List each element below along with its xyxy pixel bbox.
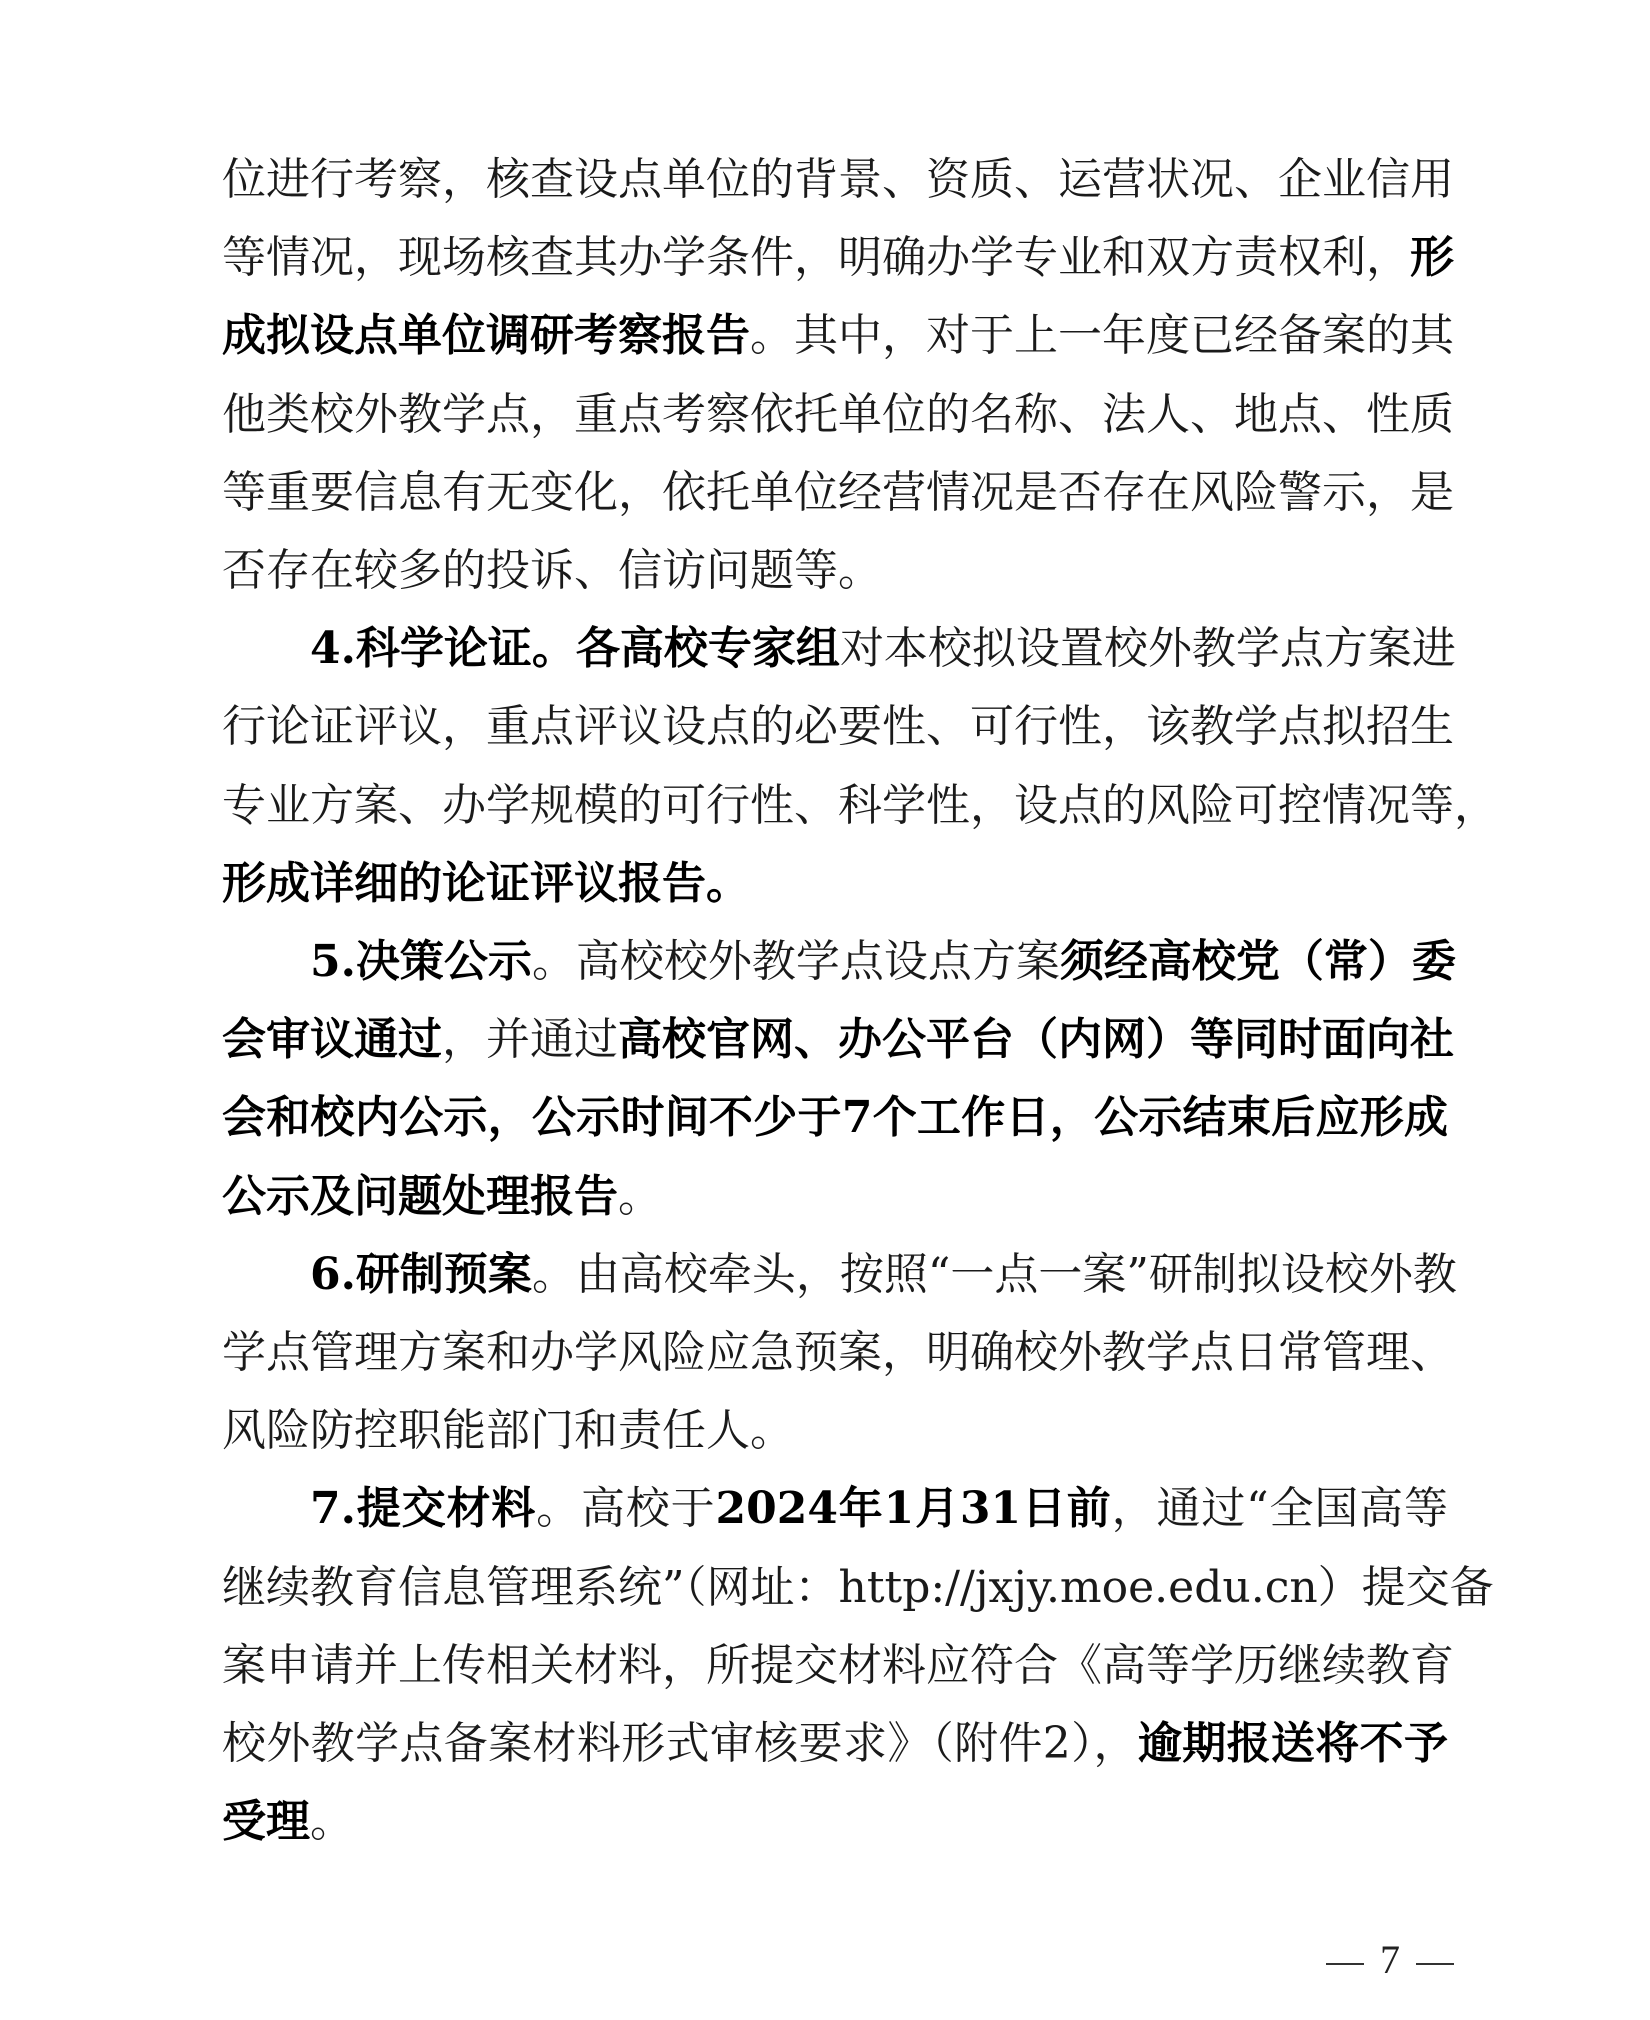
text-segment: 否存在较多的投诉、信访问题等。 [222, 545, 882, 596]
text-line: 成拟设点单位调研考察报告。其中，对于上一年度已经备案的其 [222, 306, 1448, 366]
text-segment: 等情况，现场核查其办学条件，明确办学专业和双方责权利， [222, 232, 1410, 283]
bold-text-segment: 7.提交材料 [310, 1483, 536, 1534]
text-line: 等重要信息有无变化，依托单位经营情况是否存在风险警示，是 [222, 463, 1448, 523]
bold-text-segment: 4.科学论证。各高校专家组 [310, 623, 840, 674]
text-segment: 。由高校牵头，按照“一点一案”研制拟设校外教 [532, 1249, 1457, 1300]
text-line: 学点管理方案和办学风险应急预案，明确校外教学点日常管理、 [222, 1323, 1448, 1383]
text-segment: 风险防控职能部门和责任人。 [222, 1405, 794, 1456]
text-line: 校外教学点备案材料形式审核要求》（附件2），逾期报送将不予 [222, 1714, 1448, 1774]
text-segment: 。 [618, 1171, 662, 1222]
bold-text-segment: 5.决策公示 [310, 936, 532, 987]
text-segment: ，并通过 [442, 1014, 618, 1065]
bold-text-segment: 逾期报送将不予 [1138, 1718, 1448, 1769]
text-line: 6.研制预案。由高校牵头，按照“一点一案”研制拟设校外教 [310, 1245, 1448, 1305]
bold-text-segment: 会审议通过 [222, 1014, 442, 1065]
text-line: 5.决策公示。高校校外教学点设点方案须经高校党（常）委 [310, 932, 1448, 992]
text-segment: 。高校校外教学点设点方案 [532, 936, 1060, 987]
text-segment: 。高校于 [536, 1483, 715, 1534]
text-segment: 校外教学点备案材料形式审核要求》（附件2）， [222, 1718, 1138, 1769]
text-line: 4.科学论证。各高校专家组对本校拟设置校外教学点方案进 [310, 619, 1448, 679]
text-segment: 他类校外教学点，重点考察依托单位的名称、法人、地点、性质 [222, 389, 1454, 440]
text-line: 等情况，现场核查其办学条件，明确办学专业和双方责权利，形 [222, 228, 1448, 288]
text-segment: 学点管理方案和办学风险应急预案，明确校外教学点日常管理、 [222, 1327, 1454, 1378]
page-number: 7 [1380, 1937, 1400, 1982]
text-line: 位进行考察，核查设点单位的背景、资质、运营状况、企业信用 [222, 150, 1448, 210]
bold-text-segment: 高校官网、办公平台（内网）等同时面向社 [618, 1014, 1454, 1065]
footer-dash-right [1416, 1963, 1454, 1965]
bold-text-segment: 会和校内公示，公示时间不少于7个工作日，公示结束后应形成 [222, 1092, 1448, 1143]
text-segment: ，通过“全国高等 [1112, 1483, 1448, 1534]
bold-text-segment: 受理 [222, 1796, 310, 1847]
bold-text-segment: 成拟设点单位调研考察报告 [222, 310, 750, 361]
text-line: 否存在较多的投诉、信访问题等。 [222, 541, 1448, 601]
text-segment: 位进行考察，核查设点单位的背景、资质、运营状况、企业信用 [222, 154, 1454, 205]
text-line: 案申请并上传相关材料，所提交材料应符合《高等学历继续教育 [222, 1636, 1448, 1696]
text-segment: 专业方案、办学规模的可行性、科学性，设点的风险可控情况等， [222, 780, 1498, 831]
bold-text-segment: 形成详细的论证评议报告。 [222, 858, 750, 909]
text-segment: 继续教育信息管理系统”（网址：http://jxjy.moe.edu.cn）提交… [222, 1562, 1494, 1613]
text-line: 公示及问题处理报告。 [222, 1167, 1448, 1227]
bold-text-segment: 须经高校党（常）委 [1060, 936, 1456, 987]
text-segment: 。其中，对于上一年度已经备案的其 [750, 310, 1454, 361]
text-line: 受理。 [222, 1792, 1448, 1852]
text-line: 他类校外教学点，重点考察依托单位的名称、法人、地点、性质 [222, 385, 1448, 445]
bold-text-segment: 6.研制预案 [310, 1249, 532, 1300]
text-segment: 对本校拟设置校外教学点方案进 [840, 623, 1456, 674]
text-line: 风险防控职能部门和责任人。 [222, 1401, 1448, 1461]
text-line: 形成详细的论证评议报告。 [222, 854, 1448, 914]
text-line: 会和校内公示，公示时间不少于7个工作日，公示结束后应形成 [222, 1088, 1448, 1148]
text-line: 继续教育信息管理系统”（网址：http://jxjy.moe.edu.cn）提交… [222, 1558, 1448, 1618]
footer-dash-left [1326, 1963, 1364, 1965]
bold-text-segment: 形 [1410, 232, 1454, 283]
bold-text-segment: 2024年1月31日前 [715, 1483, 1111, 1534]
text-line: 专业方案、办学规模的可行性、科学性，设点的风险可控情况等， [222, 776, 1448, 836]
text-segment: 。 [310, 1796, 354, 1847]
text-segment: 案申请并上传相关材料，所提交材料应符合《高等学历继续教育 [222, 1640, 1454, 1691]
text-segment: 行论证评议，重点评议设点的必要性、可行性，该教学点拟招生 [222, 701, 1454, 752]
text-line: 行论证评议，重点评议设点的必要性、可行性，该教学点拟招生 [222, 697, 1448, 757]
text-line: 7.提交材料。高校于2024年1月31日前，通过“全国高等 [310, 1479, 1448, 1539]
text-line: 会审议通过，并通过高校官网、办公平台（内网）等同时面向社 [222, 1010, 1448, 1070]
page-footer: 7 [1310, 1935, 1470, 1985]
bold-text-segment: 公示及问题处理报告 [222, 1171, 618, 1222]
text-segment: 等重要信息有无变化，依托单位经营情况是否存在风险警示，是 [222, 467, 1454, 518]
document-page: 位进行考察，核查设点单位的背景、资质、运营状况、企业信用等情况，现场核查其办学条… [0, 0, 1650, 2020]
